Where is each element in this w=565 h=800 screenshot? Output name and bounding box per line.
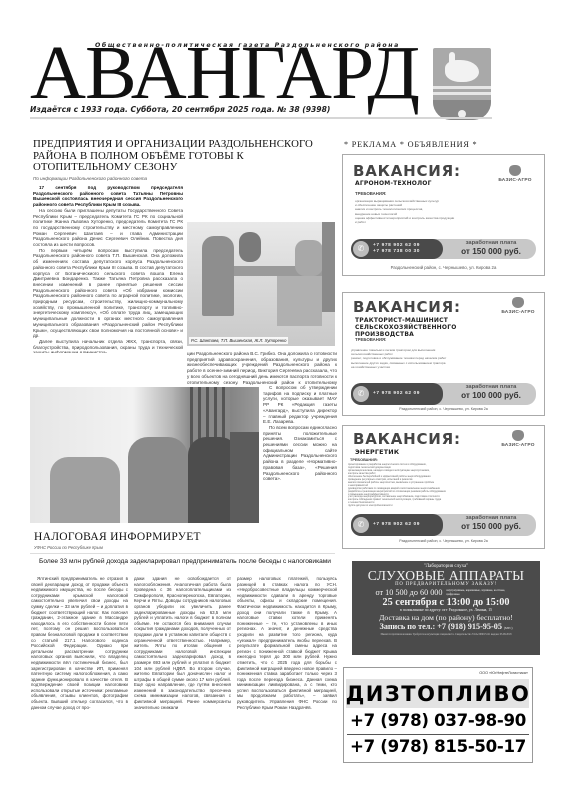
- requirements-list: проектирование и разработка энергетическ…: [348, 464, 446, 508]
- main-article-headline: ПРЕДПРИЯТИЯ И ОРГАНИЗАЦИИ РАЗДОЛЬНЕНСКОГ…: [33, 139, 333, 174]
- article-paragraph: дажи здания не освобождается от налогооб…: [134, 576, 231, 710]
- contact-bar: ✆ +7 978 902 62 09 заработная плата от 1…: [351, 514, 536, 536]
- vacancy-ad-power-engineer: ВАКАНСИЯ: ЭНЕРГЕТИК БАЗИС-АГРО ТРЕБОВАНИ…: [342, 425, 545, 549]
- photo-session-audience: [30, 387, 259, 523]
- diesel-fuel-ad: ООО «ЮгНефтеЛогистика» ДИЗТОПЛИВО +7 (97…: [343, 667, 533, 763]
- vacancy-ad-tractor-driver: ВАКАНСИЯ: ТРАКТОРИСТ-МАШИНИСТ СЕЛЬСКОХОЗ…: [342, 292, 545, 416]
- tax-article-headline: Более 33 млн рублей дохода задекларирова…: [30, 558, 340, 566]
- phone-block: ✆ +7 978 902 62 09: [351, 514, 443, 536]
- requirements-list: организация выращивания сельскохозяйстве…: [355, 199, 454, 224]
- tax-section-source: УФНС России по Республике Крым: [34, 545, 103, 550]
- requirements-label: ТРЕБОВАНИЯ:: [350, 458, 378, 462]
- main-article-column-1: 17 сентября под руководством председател…: [33, 185, 183, 353]
- salary-block: заработная плата от 150 000 руб.: [447, 515, 535, 532]
- tax-divider: [30, 553, 335, 554]
- tax-article-column-3: размер налоговых платежей, пользуясь раз…: [237, 576, 337, 778]
- hearing-date: 25 сентября с 13:00 до 15:00: [352, 597, 540, 608]
- salary-amount: от 150 000 руб.: [447, 247, 535, 257]
- swan-coat-of-arms-icon: [433, 48, 491, 120]
- phone-number: +7 978 738 00 30: [373, 249, 420, 255]
- company-logo: БАЗИС-АГРО: [495, 165, 535, 183]
- newspaper-title: АВАНГАРД: [30, 38, 419, 108]
- bull-logo-icon: [512, 430, 524, 441]
- main-article-column-2-bottom: С вопросом об утверждении тарифов на под…: [263, 385, 337, 525]
- phone-icon: ✆: [353, 517, 369, 533]
- salary-amount: от 100 000 руб.: [447, 391, 535, 401]
- phone-block: ✆ +7 978 902 62 09: [351, 383, 443, 405]
- vacancy-address: Раздольненский район, с. Чернышево, ул. …: [343, 265, 544, 270]
- main-article-source: По информации Раздольненского районного …: [33, 176, 147, 181]
- vacancy-role: АГРОНОМ-ТЕХНОЛОГ: [355, 180, 432, 187]
- article-paragraph: По всем вопросам единогласно приняты пол…: [263, 425, 337, 482]
- vacancy-ad-agronomist: ВАКАНСИЯ: АГРОНОМ-ТЕХНОЛОГ БАЗИС-АГРО ТР…: [342, 154, 545, 276]
- requirements-label: ТРЕБОВАНИЯ:: [355, 337, 387, 342]
- hearing-phone: Запись по тел.: +7 (918) 915-95-05 (МТС): [352, 622, 540, 633]
- company-logo: БАЗИС-АГРО: [498, 297, 538, 315]
- phone-number: +7 978 902 62 09: [373, 391, 420, 397]
- hearing-title: СЛУХОВЫЕ АППАРАТЫ: [352, 569, 540, 582]
- photo-session-presidium: Р.С. Шантаев, Т.П. Вышенская, Ж.Л. Хутор…: [187, 222, 335, 346]
- requirement-item: оценка эффективности мероприятий и контр…: [355, 216, 454, 220]
- vacancy-address: Раздольненский район, с. Чернышево, ул. …: [343, 407, 544, 411]
- article-paragraph: С вопросом об утверждении тарифов на под…: [263, 385, 337, 425]
- company-logo: БАЗИС-АГРО: [498, 430, 538, 448]
- article-paragraph: ции Раздольненского района В.С. Грибко. …: [187, 351, 337, 385]
- fuel-phone-1: +7 (978) 037-98-90: [344, 709, 532, 733]
- vacancy-title: ВАКАНСИЯ:: [353, 430, 461, 448]
- requirements-list: управление тяжелым и легким трактором дл…: [351, 348, 446, 369]
- article-lead: 17 сентября под руководством председател…: [33, 185, 183, 208]
- hearing-aids-ad: "Лаборатория слуха" СЛУХОВЫЕ АППАРАТЫ ПО…: [352, 561, 540, 655]
- article-paragraph: размер налоговых платежей, пользуясь раз…: [237, 576, 337, 710]
- phone-block: ✆ +7 978 902 62 09 +7 978 738 00 30: [351, 239, 443, 259]
- tax-section-title: НАЛОГОВАЯ ИНФОРМИРУЕТ: [34, 531, 201, 543]
- salary-block: заработная плата от 150 000 руб.: [447, 240, 535, 257]
- phone-icon: ✆: [353, 241, 369, 257]
- phone-number: +7 978 902 62 09: [373, 522, 420, 528]
- vacancy-title: ВАКАНСИЯ:: [353, 162, 461, 180]
- bull-logo-icon: [512, 297, 524, 308]
- requirement-item: группа допуска по электробезопасности: [348, 505, 446, 508]
- tax-article-column-2: дажи здания не освобождается от налогооб…: [134, 576, 231, 778]
- tax-article-column-1: Ялтинский предприниматель не отразил в с…: [31, 576, 128, 778]
- salary-amount: от 150 000 руб.: [447, 522, 535, 532]
- article-paragraph: Далее выступила начальник отдела ЖКХ, тр…: [33, 339, 183, 353]
- main-article-column-2-top: ции Раздольненского района В.С. Грибко. …: [187, 351, 337, 385]
- vacancy-title: ВАКАНСИЯ:: [353, 298, 461, 316]
- ads-section-header: * РЕКЛАМА * ОБЪЯВЛЕНИЯ *: [344, 140, 477, 149]
- hearing-price: от 10 500 до 60 000: [376, 588, 443, 597]
- hearing-delivery: Доставка на дом (по району) бесплатно!: [352, 613, 540, 622]
- contact-bar: ✆ +7 978 902 62 09 +7 978 738 00 30 зара…: [351, 239, 536, 259]
- requirement-item: и работ: [355, 220, 454, 224]
- bull-logo-icon: [509, 165, 521, 176]
- phone-icon: ✆: [353, 386, 369, 402]
- fuel-company: ООО «ЮгНефтеЛогистика»: [479, 671, 528, 675]
- hearing-disclaimer: Имеются противопоказания. Требуется конс…: [352, 633, 540, 636]
- vacancy-address: Раздольненский район, с. Чернышево, ул. …: [343, 539, 544, 543]
- fuel-phone-2: +7 (978) 815-50-17: [344, 735, 532, 759]
- vacancy-role: ТРАКТОРИСТ-МАШИНИСТ СЕЛЬСКОХОЗЯЙСТВЕННОГ…: [355, 317, 505, 338]
- vacancy-role: ЭНЕРГЕТИК: [355, 448, 399, 456]
- article-paragraph: Ялтинский предприниматель не отразил в с…: [31, 576, 128, 710]
- article-paragraph: На сессию были приглашены депутаты Госуд…: [33, 208, 183, 248]
- requirement-item: на хозяйственных участках: [351, 365, 446, 369]
- requirement-item: ремонт, подготовка и обслуживание техник…: [351, 356, 446, 360]
- issue-info: Издаётся с 1933 года. Суббота, 20 сентяб…: [30, 105, 330, 114]
- fuel-product: ДИЗТОПЛИВО: [344, 680, 532, 708]
- photo-caption: Р.С. Шантаев, Т.П. Вышенская, Ж.Л. Хутор…: [189, 337, 288, 344]
- article-paragraph: По первым четырём вопросам выступила пре…: [33, 248, 183, 339]
- hearing-types: внутриушные, карманные, заушные, костные…: [447, 589, 517, 597]
- requirements-label: ТРЕБОВАНИЯ:: [355, 191, 387, 196]
- contact-bar: ✆ +7 978 902 62 09 заработная плата от 1…: [351, 383, 536, 405]
- salary-block: заработная плата от 100 000 руб.: [447, 384, 535, 401]
- header-divider: [30, 117, 492, 119]
